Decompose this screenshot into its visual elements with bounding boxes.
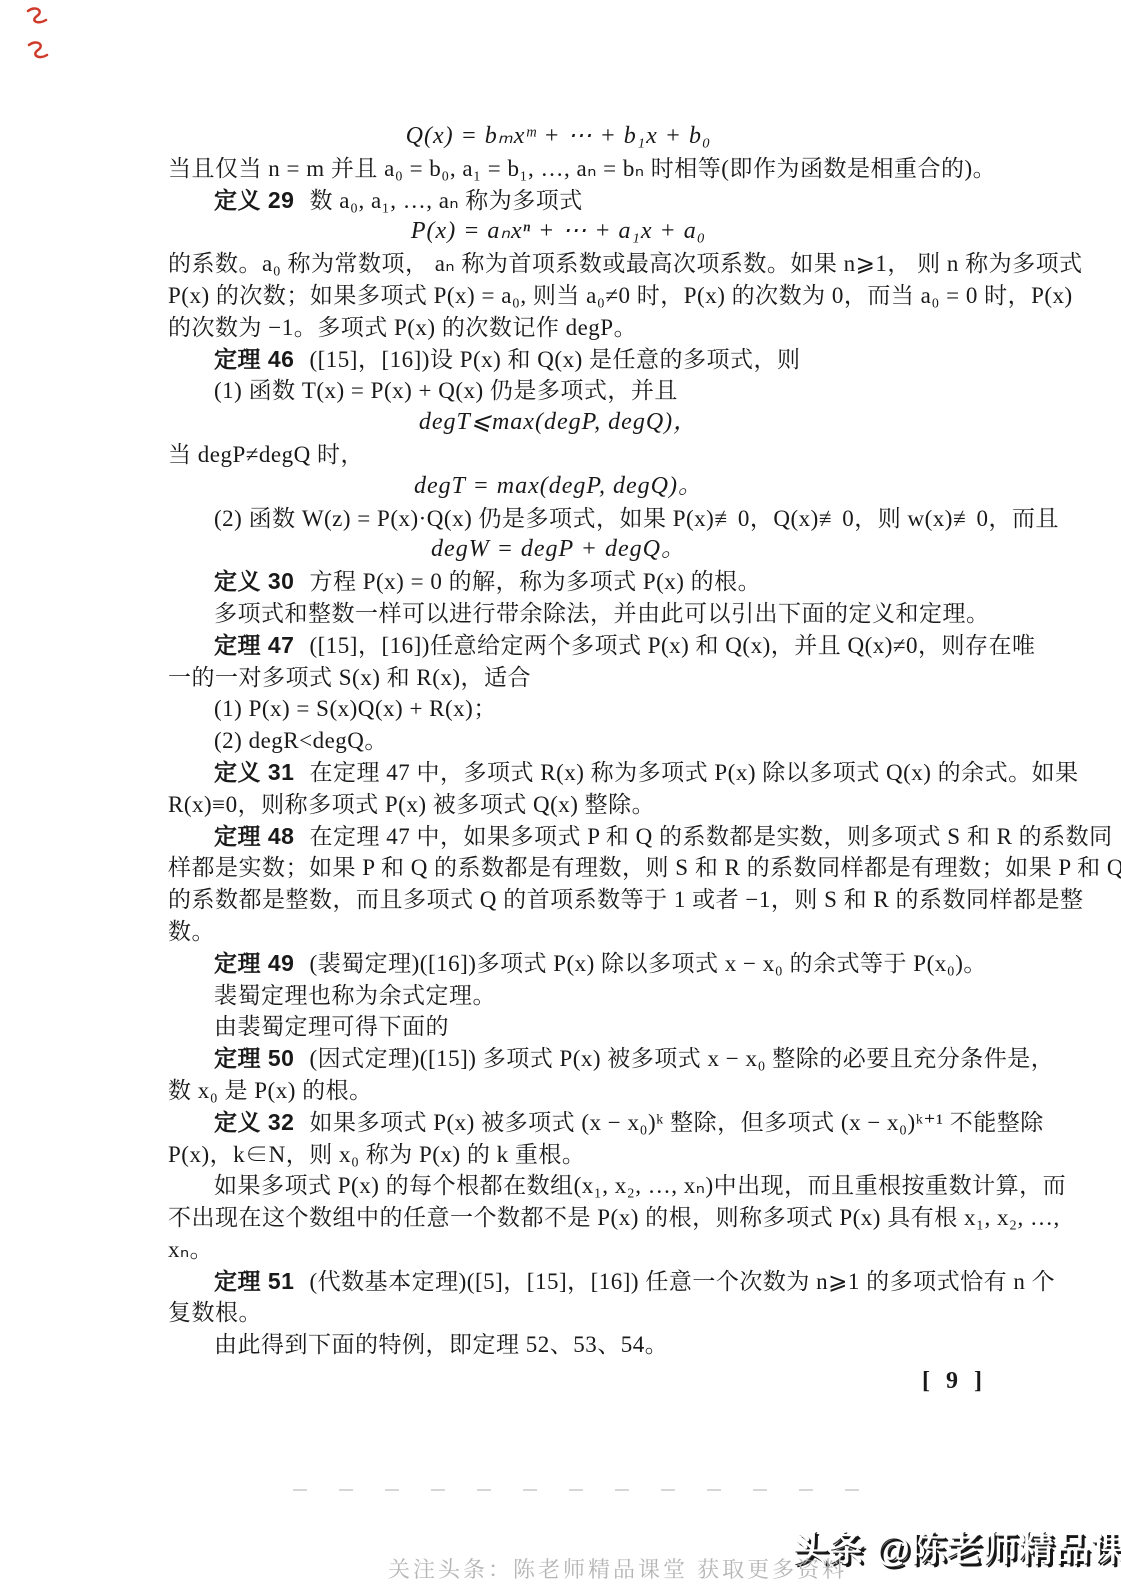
text-line: 当 degP≠degQ 时， xyxy=(168,439,1004,471)
theorem-label: 定理 51 xyxy=(214,1268,294,1294)
formula-line: degT = max(degP, degQ)。 xyxy=(168,471,1004,503)
line-text: 如果多项式 P(x) 的每个根都在数组(x₁, x₂, …, xₙ)中出现，而且… xyxy=(214,1173,1066,1198)
line-text: 数 x₀ 是 P(x) 的根。 xyxy=(168,1078,373,1103)
line-text: Q(x) = bₘxᵐ + ⋯ + b₁x + b₀ xyxy=(406,123,712,149)
theorem-label: 定理 47 xyxy=(214,632,294,658)
line-text: (因式定理)([15]) 多项式 P(x) 被多项式 x − x₀ 整除的必要且… xyxy=(309,1046,1054,1071)
line-text: P(x)，k∈N，则 x₀ 称为 P(x) 的 k 重根。 xyxy=(168,1142,585,1167)
line-text: P(x) = aₙxⁿ + ⋯ + a₁x + a₀ xyxy=(411,218,706,244)
scanned-textbook-page: Q(x) = bₘxᵐ + ⋯ + b₁x + b₀当且仅当 n = m 并且 … xyxy=(0,0,1121,1587)
line-text: (代数基本定理)([5]，[15]，[16]) 任意一个次数为 n⩾1 的多项式… xyxy=(309,1269,1055,1294)
line-text: 的系数。a₀ 称为常数项， aₙ 称为首项系数或最高次项系数。如果 n⩾1， 则… xyxy=(168,251,1083,276)
text-line: 定理 47([15]，[16])任意给定两个多项式 P(x) 和 Q(x)，并且… xyxy=(168,630,1004,662)
line-text: R(x)≡0，则称多项式 P(x) 被多项式 Q(x) 整除。 xyxy=(168,792,655,817)
line-text: (裴蜀定理)([16])多项式 P(x) 除以多项式 x − x₀ 的余式等于 … xyxy=(309,951,986,976)
formula-line: P(x) = aₙxⁿ + ⋯ + a₁x + a₀ xyxy=(168,216,1004,248)
text-line: (2) degR<degQ。 xyxy=(168,725,1004,757)
text-line: xₙ。 xyxy=(168,1234,1004,1266)
line-text: degT⩽max(degP, degQ)， xyxy=(419,409,698,435)
theorem-label: 定义 32 xyxy=(214,1109,294,1135)
theorem-label: 定理 50 xyxy=(214,1045,294,1071)
text-line: 定义 29数 a₀, a₁, …, aₙ 称为多项式 xyxy=(168,185,1004,217)
line-text: degW = degP + degQ。 xyxy=(431,536,686,562)
text-line: 裴蜀定理也称为余式定理。 xyxy=(168,980,1004,1012)
text-line: 数。 xyxy=(168,916,1004,948)
text-line: 定义 31在定理 47 中，多项式 R(x) 称为多项式 P(x) 除以多项式 … xyxy=(168,757,1004,789)
text-line: 当且仅当 n = m 并且 a₀ = b₀, a₁ = b₁, …, aₙ = … xyxy=(168,153,1004,185)
text-line: 不出现在这个数组中的任意一个数都不是 P(x) 的根，则称多项式 P(x) 具有… xyxy=(168,1202,1004,1234)
text-line: 的系数都是整数，而且多项式 Q 的首项系数等于 1 或者 −1，则 S 和 R … xyxy=(168,884,1004,916)
text-line: R(x)≡0，则称多项式 P(x) 被多项式 Q(x) 整除。 xyxy=(168,789,1004,821)
red-pen-mark-icon xyxy=(20,3,60,69)
theorem-label: 定义 31 xyxy=(214,759,294,785)
text-line: 定义 32如果多项式 P(x) 被多项式 (x − x₀)ᵏ 整除，但多项式 (… xyxy=(168,1107,1004,1139)
line-text: 多项式和整数一样可以进行带余除法，并由此可以引出下面的定义和定理。 xyxy=(214,601,990,626)
text-line: 定理 46([15]，[16])设 P(x) 和 Q(x) 是任意的多项式，则 xyxy=(168,344,1004,376)
text-line: 复数根。 xyxy=(168,1297,1004,1329)
line-text: 样都是实数；如果 P 和 Q 的系数都是有理数，则 S 和 R 的系数同样都是有… xyxy=(168,855,1121,880)
text-line: 多项式和整数一样可以进行带余除法，并由此可以引出下面的定义和定理。 xyxy=(168,598,1004,630)
line-text: 由此得到下面的特例，即定理 52、53、54。 xyxy=(214,1332,668,1357)
line-text: ([15]，[16])设 P(x) 和 Q(x) 是任意的多项式，则 xyxy=(309,347,800,372)
text-line: 由此得到下面的特例，即定理 52、53、54。 xyxy=(168,1329,1004,1361)
line-text: 在定理 47 中，多项式 R(x) 称为多项式 P(x) 除以多项式 Q(x) … xyxy=(309,760,1078,785)
text-line: 定理 48在定理 47 中，如果多项式 P 和 Q 的系数都是实数，则多项式 S… xyxy=(168,821,1004,853)
theorem-label: 定理 48 xyxy=(214,823,294,849)
line-text: degT = max(degP, degQ)。 xyxy=(414,473,703,499)
line-text: 数 a₀, a₁, …, aₙ 称为多项式 xyxy=(309,188,582,213)
formula-line: degT⩽max(degP, degQ)， xyxy=(168,407,1004,439)
line-text: xₙ。 xyxy=(168,1237,213,1262)
text-line: 由裴蜀定理可得下面的 xyxy=(168,1011,1004,1043)
text-line: 定理 49(裴蜀定理)([16])多项式 P(x) 除以多项式 x − x₀ 的… xyxy=(168,948,1004,980)
text-line: (1) 函数 T(x) = P(x) + Q(x) 仍是多项式，并且 xyxy=(168,375,1004,407)
text-line: 的系数。a₀ 称为常数项， aₙ 称为首项系数或最高次项系数。如果 n⩾1， 则… xyxy=(168,248,1004,280)
theorem-label: 定义 30 xyxy=(214,568,294,594)
text-line: P(x) 的次数；如果多项式 P(x) = a₀, 则当 a₀≠0 时，P(x)… xyxy=(168,280,1004,312)
line-text: 由裴蜀定理可得下面的 xyxy=(214,1014,449,1039)
page-number: [ 9 ] xyxy=(922,1368,987,1395)
text-line: (2) 函数 W(z) = P(x)·Q(x) 仍是多项式，如果 P(x)≢0，… xyxy=(168,503,1004,535)
text-line: 定义 30方程 P(x) = 0 的解，称为多项式 P(x) 的根。 xyxy=(168,566,1004,598)
line-text: P(x) 的次数；如果多项式 P(x) = a₀, 则当 a₀≠0 时，P(x)… xyxy=(168,283,1073,308)
text-line: P(x)，k∈N，则 x₀ 称为 P(x) 的 k 重根。 xyxy=(168,1139,1004,1171)
line-text: 的次数为 −1。多项式 P(x) 的次数记作 degP。 xyxy=(168,315,637,340)
document-body: Q(x) = bₘxᵐ + ⋯ + b₁x + b₀当且仅当 n = m 并且 … xyxy=(168,121,1004,1361)
line-text: 复数根。 xyxy=(168,1300,262,1325)
line-text: 裴蜀定理也称为余式定理。 xyxy=(214,983,496,1008)
formula-line: degW = degP + degQ。 xyxy=(168,534,1004,566)
text-line: 样都是实数；如果 P 和 Q 的系数都是有理数，则 S 和 R 的系数同样都是有… xyxy=(168,852,1004,884)
text-line: 定理 51(代数基本定理)([5]，[15]，[16]) 任意一个次数为 n⩾1… xyxy=(168,1266,1004,1298)
scan-artifact-line xyxy=(293,1489,859,1491)
line-text: 的系数都是整数，而且多项式 Q 的首项系数等于 1 或者 −1，则 S 和 R … xyxy=(168,887,1083,912)
theorem-label: 定理 49 xyxy=(214,950,294,976)
line-text: (2) degR<degQ。 xyxy=(214,728,388,753)
text-line: 定理 50(因式定理)([15]) 多项式 P(x) 被多项式 x − x₀ 整… xyxy=(168,1043,1004,1075)
line-text: 当 degP≠degQ 时， xyxy=(168,442,364,467)
line-text: (1) P(x) = S(x)Q(x) + R(x)； xyxy=(214,696,497,721)
text-line: 如果多项式 P(x) 的每个根都在数组(x₁, x₂, …, xₙ)中出现，而且… xyxy=(168,1170,1004,1202)
line-text: 不出现在这个数组中的任意一个数都不是 P(x) 的根，则称多项式 P(x) 具有… xyxy=(168,1205,1060,1230)
line-text: 数。 xyxy=(168,919,215,944)
theorem-label: 定义 29 xyxy=(214,187,294,213)
text-line: (1) P(x) = S(x)Q(x) + R(x)； xyxy=(168,693,1004,725)
line-text: 当且仅当 n = m 并且 a₀ = b₀, a₁ = b₁, …, aₙ = … xyxy=(168,156,996,181)
text-line: 数 x₀ 是 P(x) 的根。 xyxy=(168,1075,1004,1107)
line-text: 方程 P(x) = 0 的解，称为多项式 P(x) 的根。 xyxy=(309,569,761,594)
text-line: 的次数为 −1。多项式 P(x) 的次数记作 degP。 xyxy=(168,312,1004,344)
line-text: ([15]，[16])任意给定两个多项式 P(x) 和 Q(x)，并且 Q(x)… xyxy=(309,633,1035,658)
line-text: 一的一对多项式 S(x) 和 R(x)，适合 xyxy=(168,665,531,690)
text-line: 一的一对多项式 S(x) 和 R(x)，适合 xyxy=(168,662,1004,694)
theorem-label: 定理 46 xyxy=(214,346,294,372)
footer-note: 关注头条：陈老师精品课堂 获取更多资料 xyxy=(388,1553,847,1584)
line-text: (2) 函数 W(z) = P(x)·Q(x) 仍是多项式，如果 P(x)≢0，… xyxy=(214,506,1059,531)
line-text: 在定理 47 中，如果多项式 P 和 Q 的系数都是实数，则多项式 S 和 R … xyxy=(309,824,1112,849)
line-text: 如果多项式 P(x) 被多项式 (x − x₀)ᵏ 整除，但多项式 (x − x… xyxy=(309,1110,1043,1135)
line-text: (1) 函数 T(x) = P(x) + Q(x) 仍是多项式，并且 xyxy=(214,378,678,403)
formula-line: Q(x) = bₘxᵐ + ⋯ + b₁x + b₀ xyxy=(168,121,1004,153)
